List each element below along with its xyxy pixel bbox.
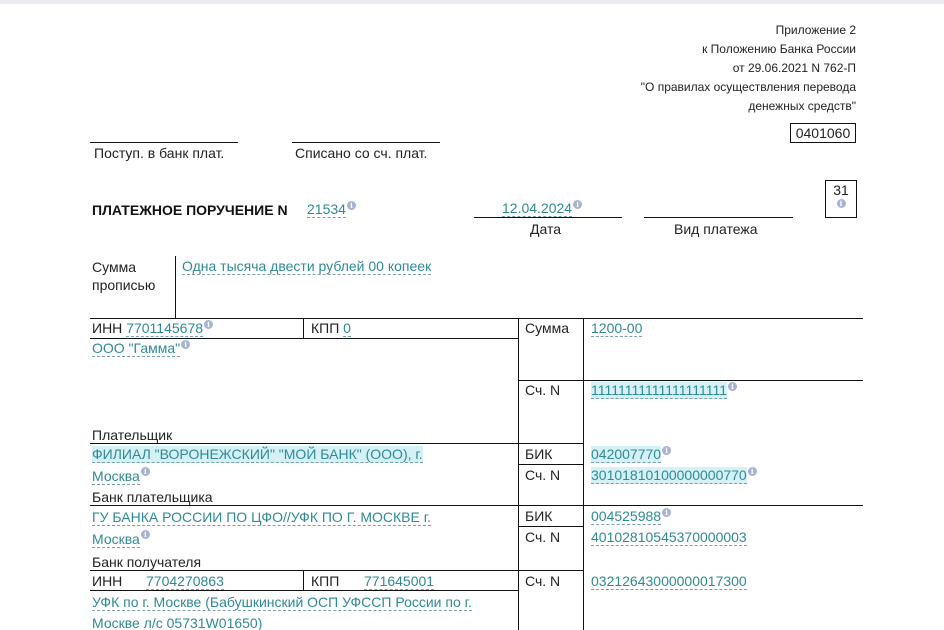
payee-bank-bik-field[interactable]: 004525988i <box>591 508 671 526</box>
payee-kpp-field[interactable]: 771645001 <box>364 573 434 591</box>
payee-kpp[interactable]: 771645001 <box>364 573 434 590</box>
amount-words-divider <box>175 256 176 318</box>
payment-type-line <box>644 217 793 218</box>
payer-bank-bik-label: БИК <box>525 446 552 462</box>
amount-words-value[interactable]: Одна тысяча двести рублей 00 копеек <box>182 258 431 275</box>
payer-inn-label: ИНН <box>92 320 122 336</box>
received-line <box>90 142 238 143</box>
payer-bank-name-line[interactable]: Москва <box>92 468 140 485</box>
info-icon[interactable]: i <box>141 467 150 476</box>
payee-account[interactable]: 03212643000000017300 <box>591 573 747 590</box>
row-line-payee-bank <box>90 505 863 506</box>
payer-name[interactable]: ООО "Гамма" <box>92 340 180 357</box>
payee-bank-account-field[interactable]: 40102810545370000003 <box>591 529 747 547</box>
appendix-line: от 29.06.2021 N 762-П <box>641 59 856 78</box>
row-line-inn <box>90 338 518 339</box>
payer-inn[interactable]: 7701145678 <box>126 320 203 337</box>
payer-kpp-row: КПП 0 <box>311 320 351 336</box>
payee-inn-kpp-divider <box>303 570 304 590</box>
status-code-box[interactable]: 31 i <box>825 180 857 218</box>
info-icon[interactable]: i <box>141 530 150 539</box>
payee-bank-name-line[interactable]: Москва <box>92 531 140 548</box>
payer-kpp[interactable]: 0 <box>343 320 351 337</box>
payee-bank-account[interactable]: 40102810545370000003 <box>591 529 747 546</box>
info-icon[interactable]: i <box>347 201 356 210</box>
payee-name-field[interactable]: УФК по г. Москве (Бабушкинский ОСП УФССП… <box>92 593 472 630</box>
payee-account-field[interactable]: 03212643000000017300 <box>591 573 747 591</box>
payer-account-field[interactable]: 11111111111111111111i <box>591 382 737 400</box>
payee-bank-account-label: Сч. N <box>525 529 560 545</box>
amount-words-field[interactable]: Одна тысяча двести рублей 00 копеек <box>182 258 431 276</box>
payee-inn-label: ИНН <box>92 573 122 589</box>
column-divider-left <box>518 318 519 630</box>
payer-bank-name-field[interactable]: ФИЛИАЛ "ВОРОНЕЖСКИЙ" "МОЙ БАНК" (ООО), г… <box>92 445 423 487</box>
payee-name-line[interactable]: УФК по г. Москве (Бабушкинский ОСП УФССП… <box>92 594 472 611</box>
appendix-line: "О правилах осуществления перевода <box>641 78 856 97</box>
payer-bank-section-label: Банк плательщика <box>92 489 213 505</box>
top-bar <box>0 0 944 4</box>
appendix-line: к Положению Банка России <box>641 40 856 59</box>
amount-words-label-line: прописью <box>92 276 155 294</box>
status-code: 31 <box>826 181 856 199</box>
appendix-line: Приложение 2 <box>641 21 856 40</box>
order-title: ПЛАТЕЖНОЕ ПОРУЧЕНИЕ N <box>92 202 288 218</box>
inn-kpp-divider <box>303 318 304 338</box>
info-icon[interactable]: i <box>728 382 737 391</box>
info-icon[interactable]: i <box>748 467 757 476</box>
date-label: Дата <box>530 221 561 237</box>
info-icon[interactable]: i <box>837 199 846 208</box>
payment-type-label: Вид платежа <box>674 221 757 237</box>
payer-account[interactable]: 11111111111111111111 <box>591 382 727 399</box>
payer-bank-bik-field[interactable]: 042007770i <box>591 446 671 464</box>
payee-inn-field[interactable]: 7704270863 <box>146 573 224 591</box>
info-icon[interactable]: i <box>573 200 582 209</box>
payer-kpp-label: КПП <box>311 320 339 336</box>
row-line-bik2 <box>518 526 583 527</box>
sum-value[interactable]: 1200-00 <box>591 320 642 337</box>
payee-bank-bik[interactable]: 004525988 <box>591 508 661 525</box>
date-field[interactable]: 12.04.2024i <box>502 200 582 218</box>
order-number-field[interactable]: 21534i <box>307 201 356 219</box>
payee-bank-section-label: Банк получателя <box>92 554 201 570</box>
amount-words-label-line: Сумма <box>92 258 155 276</box>
payer-section-label: Плательщик <box>92 427 172 443</box>
row-line-payer-bank <box>90 443 583 444</box>
info-icon[interactable]: i <box>662 446 671 455</box>
payer-bank-name-line[interactable]: ФИЛИАЛ "ВОРОНЕЖСКИЙ" "МОЙ БАНК" (ООО), г… <box>92 446 423 463</box>
info-icon[interactable]: i <box>662 508 671 517</box>
sum-field[interactable]: 1200-00 <box>591 320 642 338</box>
form-code: 0401060 <box>790 123 856 143</box>
payer-bank-account-label: Сч. N <box>525 467 560 483</box>
debited-label: Списано со сч. плат. <box>295 145 427 161</box>
payee-bank-name-line[interactable]: ГУ БАНКА РОССИИ ПО ЦФО//УФК ПО Г. МОСКВЕ… <box>92 509 431 526</box>
payer-bank-account[interactable]: 30101810100000000770 <box>591 467 747 484</box>
row-line-bik1 <box>518 464 583 465</box>
debited-line <box>292 142 440 143</box>
appendix-line: денежных средств" <box>641 97 856 116</box>
payee-kpp-label: КПП <box>311 573 339 589</box>
payer-name-field[interactable]: ООО "Гамма"i <box>92 340 190 358</box>
payee-bank-name-field[interactable]: ГУ БАНКА РОССИИ ПО ЦФО//УФК ПО Г. МОСКВЕ… <box>92 508 431 550</box>
order-number[interactable]: 21534 <box>307 201 346 218</box>
payer-inn-row: ИНН 7701145678i <box>92 320 213 336</box>
payee-account-label: Сч. N <box>525 573 560 589</box>
date-line <box>474 217 622 218</box>
amount-words-label: Сумма прописью <box>92 258 155 294</box>
row-line-account <box>518 380 863 381</box>
appendix-header: Приложение 2 к Положению Банка России от… <box>641 21 856 116</box>
sum-label: Сумма <box>525 320 569 336</box>
row-line-payee <box>90 570 583 571</box>
payee-bank-bik-label: БИК <box>525 508 552 524</box>
info-icon[interactable]: i <box>204 320 213 329</box>
payer-bank-bik[interactable]: 042007770 <box>591 446 661 463</box>
order-date[interactable]: 12.04.2024 <box>502 200 572 217</box>
received-label: Поступ. в банк плат. <box>94 145 224 161</box>
column-divider-right <box>583 318 584 630</box>
payee-name-line[interactable]: Москве л/с 05731W01650) <box>92 615 262 630</box>
payer-account-label: Сч. N <box>525 382 560 398</box>
payer-bank-account-field[interactable]: 30101810100000000770i <box>591 467 757 485</box>
payee-inn[interactable]: 7704270863 <box>146 573 224 590</box>
info-icon[interactable]: i <box>181 340 190 349</box>
row-line-payer-top <box>90 318 863 319</box>
